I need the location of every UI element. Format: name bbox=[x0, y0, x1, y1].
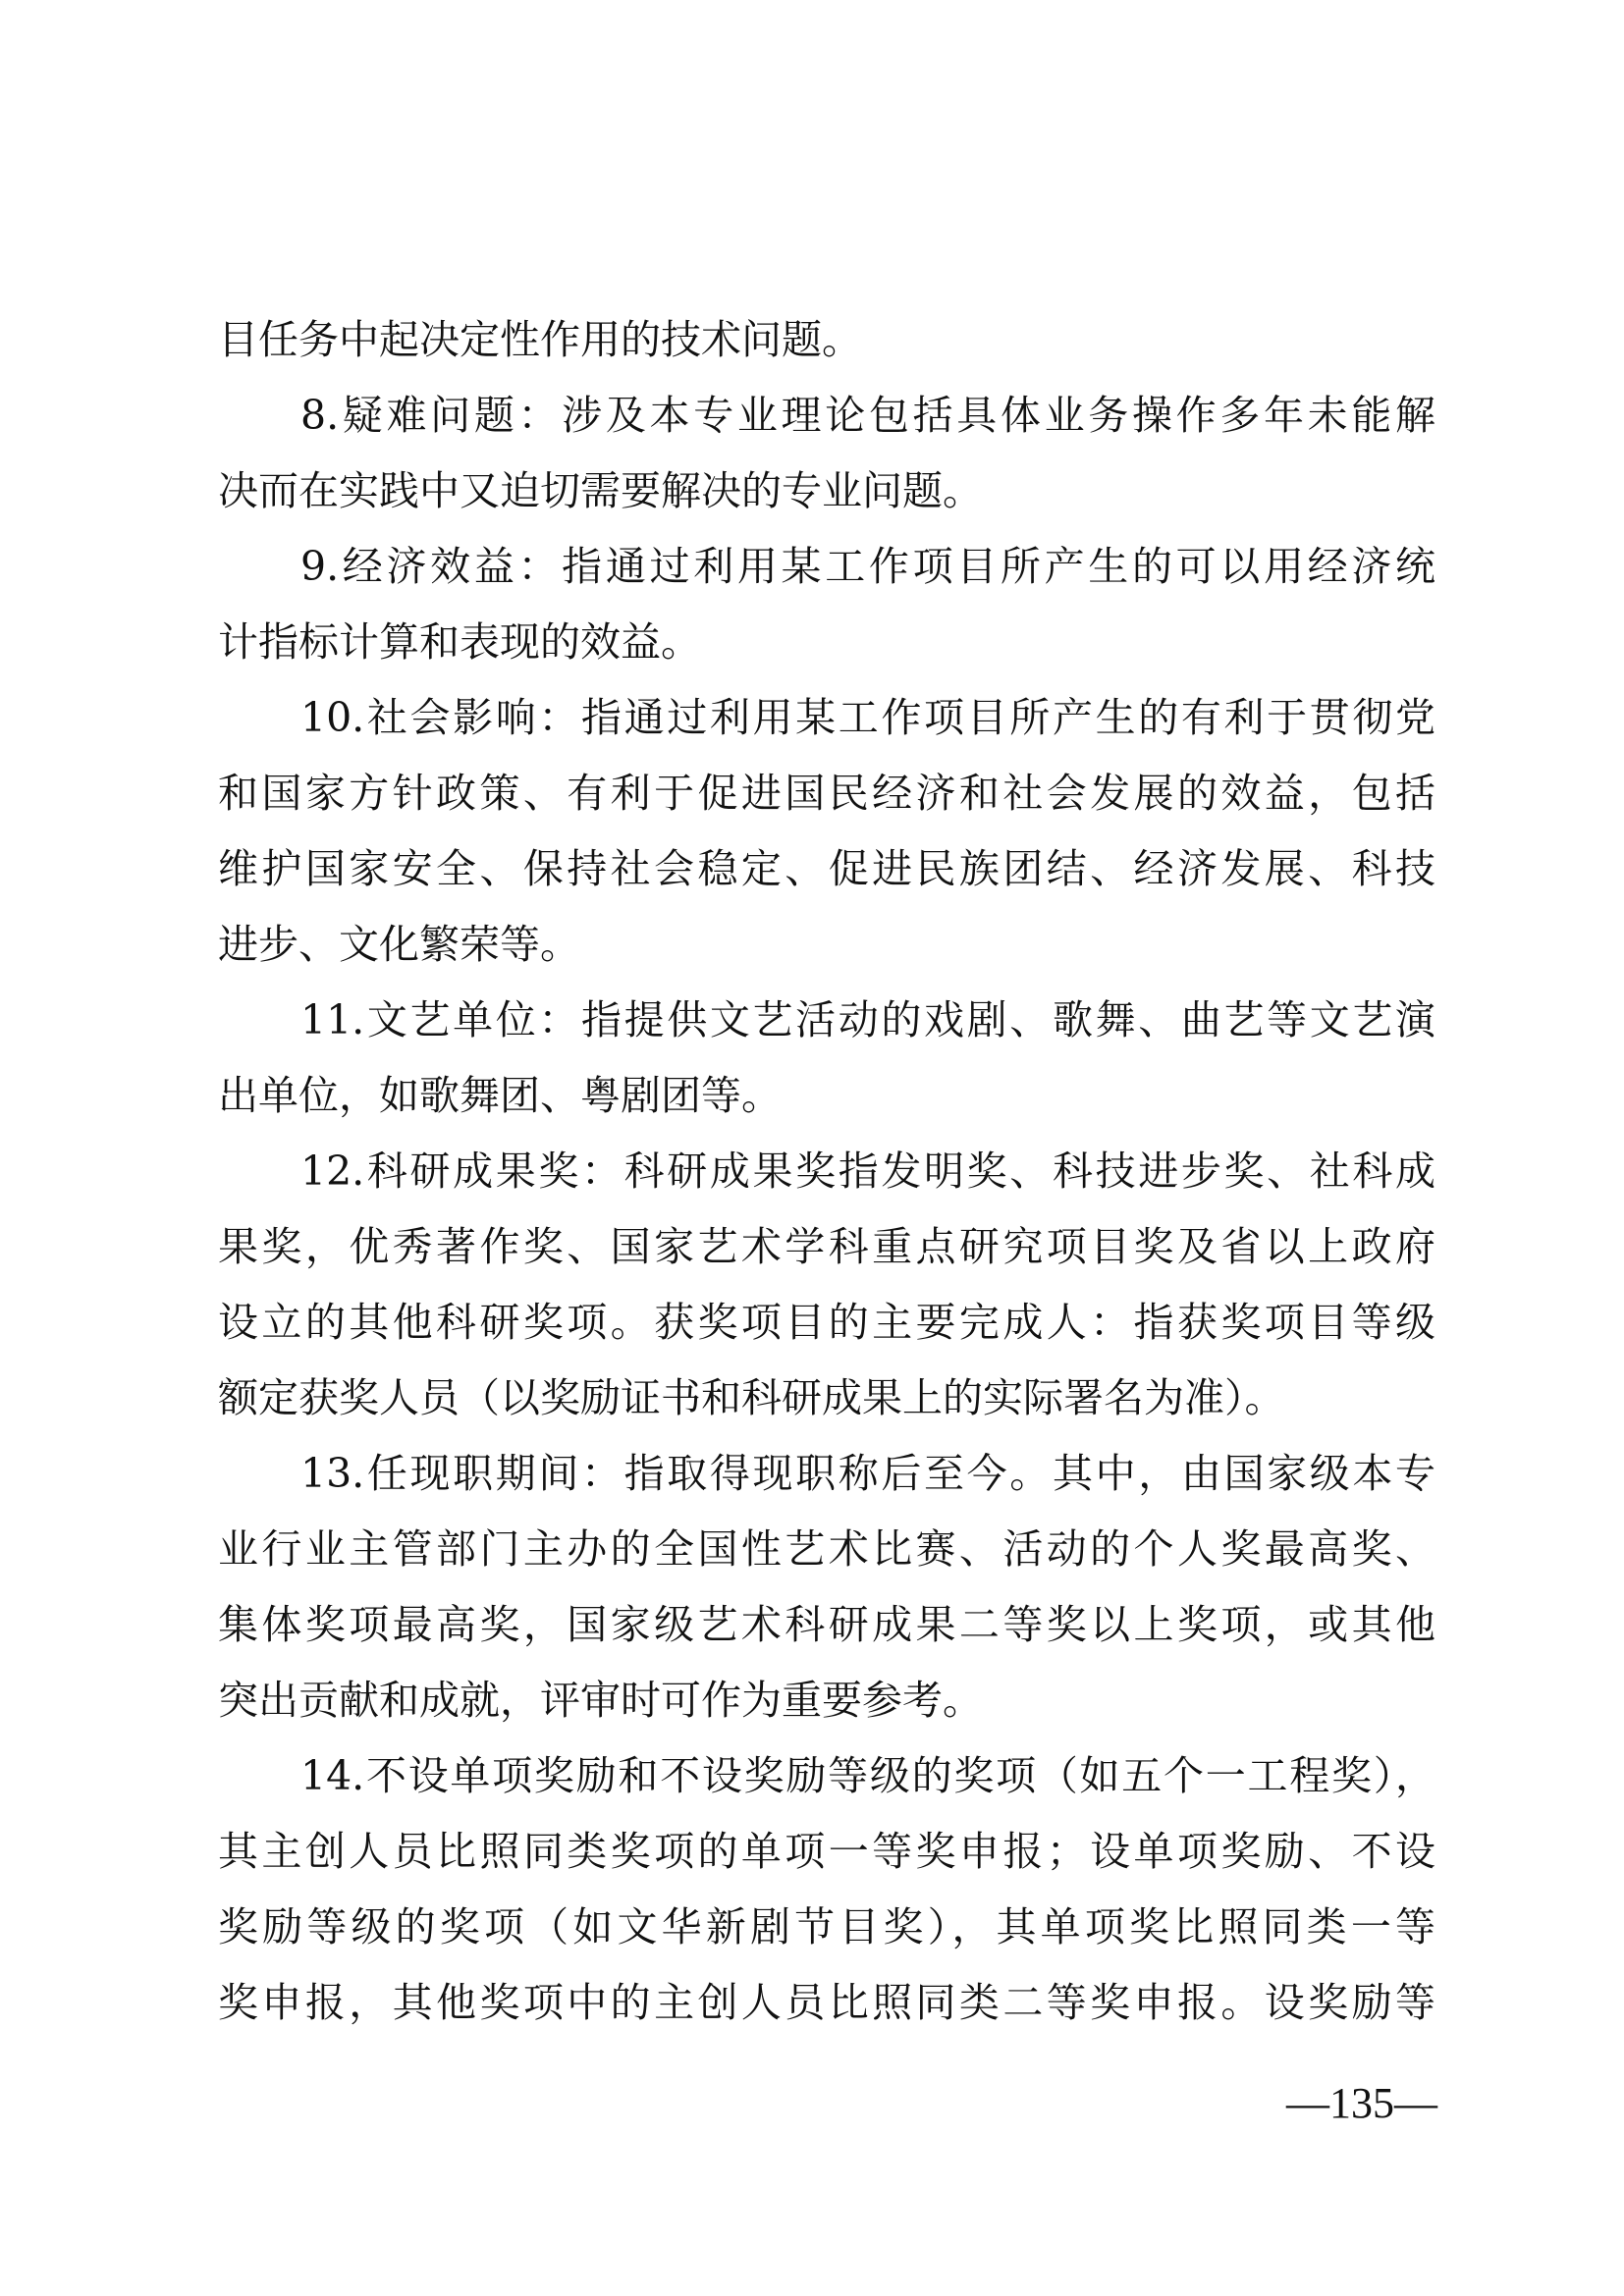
paragraph-12-line-3: 设立的其他科研奖项。获奖项目的主要完成人：指获奖项目等级 bbox=[218, 1285, 1435, 1361]
paragraph-8-line-2: 决而在实践中又迫切需要解决的专业问题。 bbox=[218, 454, 1435, 529]
paragraph-9-line-2: 计指标计算和表现的效益。 bbox=[218, 605, 1435, 680]
paragraph-12-line-4: 额定获奖人员（以奖励证书和科研成果上的实际署名为准）。 bbox=[218, 1361, 1435, 1436]
paragraph-11-line-1: 11.文艺单位：指提供文艺活动的戏剧、歌舞、曲艺等文艺演 bbox=[218, 983, 1435, 1058]
paragraph-14-line-3: 奖励等级的奖项（如文华新剧节目奖），其单项奖比照同类一等 bbox=[218, 1890, 1435, 1965]
document-page-body: 目任务中起决定性作用的技术问题。 8.疑难问题：涉及本专业理论包括具体业务操作多… bbox=[218, 302, 1435, 2041]
paragraph-10-line-1: 10.社会影响：指通过利用某工作项目所产生的有利于贯彻党 bbox=[218, 680, 1435, 756]
paragraph-13-line-1: 13.任现职期间：指取得现职称后至今。其中，由国家级本专 bbox=[218, 1436, 1435, 1512]
paragraph-14-line-2: 其主创人员比照同类奖项的单项一等奖申报；设单项奖励、不设 bbox=[218, 1814, 1435, 1890]
paragraph-13-line-2: 业行业主管部门主办的全国性艺术比赛、活动的个人奖最高奖、 bbox=[218, 1512, 1435, 1587]
paragraph-13-line-4: 突出贡献和成就，评审时可作为重要参考。 bbox=[218, 1663, 1435, 1738]
paragraph-8-line-1: 8.疑难问题：涉及本专业理论包括具体业务操作多年未能解 bbox=[218, 378, 1435, 454]
paragraph-10-line-4: 进步、文化繁荣等。 bbox=[218, 907, 1435, 983]
paragraph-12-line-2: 果奖，优秀著作奖、国家艺术学科重点研究项目奖及省以上政府 bbox=[218, 1209, 1435, 1285]
paragraph-14-line-4: 奖申报，其他奖项中的主创人员比照同类二等奖申报。设奖励等 bbox=[218, 1965, 1435, 2041]
paragraph-13-line-3: 集体奖项最高奖，国家级艺术科研成果二等奖以上奖项，或其他 bbox=[218, 1587, 1435, 1663]
paragraph-7-line-1: 目任务中起决定性作用的技术问题。 bbox=[218, 302, 1435, 378]
paragraph-9-line-1: 9.经济效益：指通过利用某工作项目所产生的可以用经济统 bbox=[218, 529, 1435, 605]
paragraph-11-line-2: 出单位，如歌舞团、粤剧团等。 bbox=[218, 1058, 1435, 1134]
paragraph-12-line-1: 12.科研成果奖：科研成果奖指发明奖、科技进步奖、社科成 bbox=[218, 1134, 1435, 1209]
paragraph-10-line-2: 和国家方针政策、有利于促进国民经济和社会发展的效益，包括 bbox=[218, 756, 1435, 831]
page-number: —135— bbox=[1286, 2079, 1437, 2128]
paragraph-10-line-3: 维护国家安全、保持社会稳定、促进民族团结、经济发展、科技 bbox=[218, 831, 1435, 907]
paragraph-14-line-1: 14.不设单项奖励和不设奖励等级的奖项（如五个一工程奖）， bbox=[218, 1738, 1435, 1814]
